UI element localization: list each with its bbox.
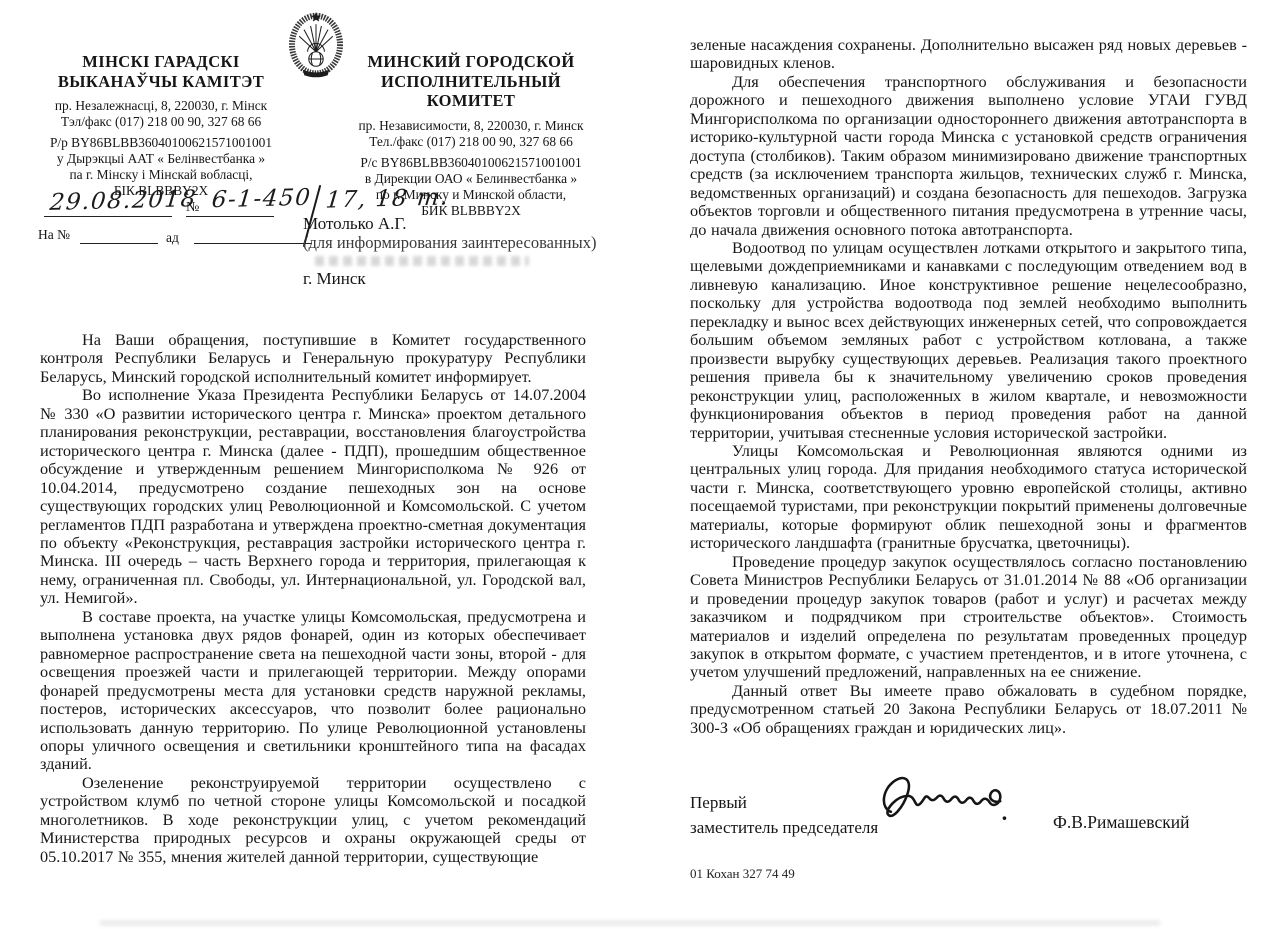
recipient-block: Мотолько А.Г. (для информирования заинте… [303, 214, 603, 288]
org-title-by-line2: ВЫКАНАЎЧЫ КАМІТЭТ [38, 72, 284, 92]
org-title-by-line1: МІНСКІ ГАРАДСКІ [38, 52, 284, 72]
executor-note: 01 Кохан 327 74 49 [690, 866, 795, 882]
org-title-ru-line1: МИНСКИЙ ГОРОДСКОЙ [348, 52, 594, 72]
paragraph: Озеленение реконструируемой территории о… [40, 774, 586, 866]
phone-line: Тэл/факс (017) 218 00 90, 327 68 66 [38, 114, 284, 130]
reply-from-label: ад [166, 230, 179, 246]
bank-account-line: Р/с BY86BLBB36040100621571001001 [348, 155, 594, 171]
handwritten-outgoing-number: 6-1-450 [211, 185, 313, 214]
body-column-right: зеленые насаждения сохранены. Дополнител… [690, 36, 1247, 737]
paragraph: Проведение процедур закупок осуществляло… [690, 553, 1247, 682]
paragraph: Водоотвод по улицам осуществлен лотками … [690, 239, 1247, 442]
signer-position-line1: Первый [690, 790, 878, 815]
recipient-name: Мотолько А.Г. [303, 214, 603, 233]
paragraph: В составе проекта, на участке улицы Комс… [40, 608, 586, 774]
signer-position-line2: заместитель председателя [690, 815, 878, 840]
paragraph: Улицы Комсомольская и Революционная явля… [690, 442, 1247, 553]
letterhead-belarusian: МІНСКІ ГАРАДСКІ ВЫКАНАЎЧЫ КАМІТЭТ пр. Не… [38, 52, 284, 199]
paragraph: Для обеспечения транспортного обслуживан… [690, 73, 1247, 239]
org-title-ru-line2: ИСПОЛНИТЕЛЬНЫЙ КОМИТЕТ [348, 72, 594, 111]
reply-date-underline [194, 243, 312, 244]
phone-line: Тел./факс (017) 218 00 90, 327 68 66 [348, 134, 594, 150]
address-line: пр. Независимости, 8, 220030, г. Минск [348, 118, 594, 134]
recipient-city: г. Минск [303, 269, 603, 288]
address-line: пр. Незалежнасці, 8, 220030, г. Мінск [38, 98, 284, 114]
scan-smudge [100, 921, 1160, 925]
belarus-coat-of-arms-icon [286, 8, 346, 80]
bank-name-line: у Дырэкцыі ААТ « Белінвестбанка » [38, 151, 284, 167]
paragraph-continued: зеленые насаждения сохранены. Дополнител… [690, 36, 1247, 73]
bank-name-line: в Дирекции ОАО « Белинвестбанка » [348, 171, 594, 187]
signer-name: Ф.В.Римашевский [1053, 812, 1189, 833]
recipient-note: (для информирования заинтересованных) [303, 233, 603, 252]
handwritten-signature [876, 760, 1014, 836]
signer-position: Первый заместитель председателя [690, 790, 878, 840]
paragraph: Во исполнение Указа Президента Республик… [40, 386, 586, 607]
paragraph: Данный ответ Вы имеете право обжаловать … [690, 682, 1247, 737]
reply-number-underline [80, 243, 158, 244]
reply-to-number-label: На № [38, 227, 70, 243]
handwritten-number-suffix: 17, 18 т. [325, 184, 451, 213]
scanned-official-letter: МІНСКІ ГАРАДСКІ ВЫКАНАЎЧЫ КАМІТЭТ пр. Не… [0, 0, 1280, 929]
number-underline [186, 216, 274, 217]
number-sign-label: № [186, 200, 199, 216]
body-column-left: На Ваши обращения, поступившие в Комитет… [40, 331, 586, 866]
paragraph: На Ваши обращения, поступившие в Комитет… [40, 331, 586, 386]
handwritten-date: 29.08.2018 [49, 186, 199, 216]
bank-account-line: Р/р BY86BLBB36040100621571001001 [38, 135, 284, 151]
erased-address-text [315, 256, 529, 266]
bank-region-line: па г. Мінску і Мінскай вобласці, [38, 167, 284, 183]
date-underline [44, 216, 172, 217]
